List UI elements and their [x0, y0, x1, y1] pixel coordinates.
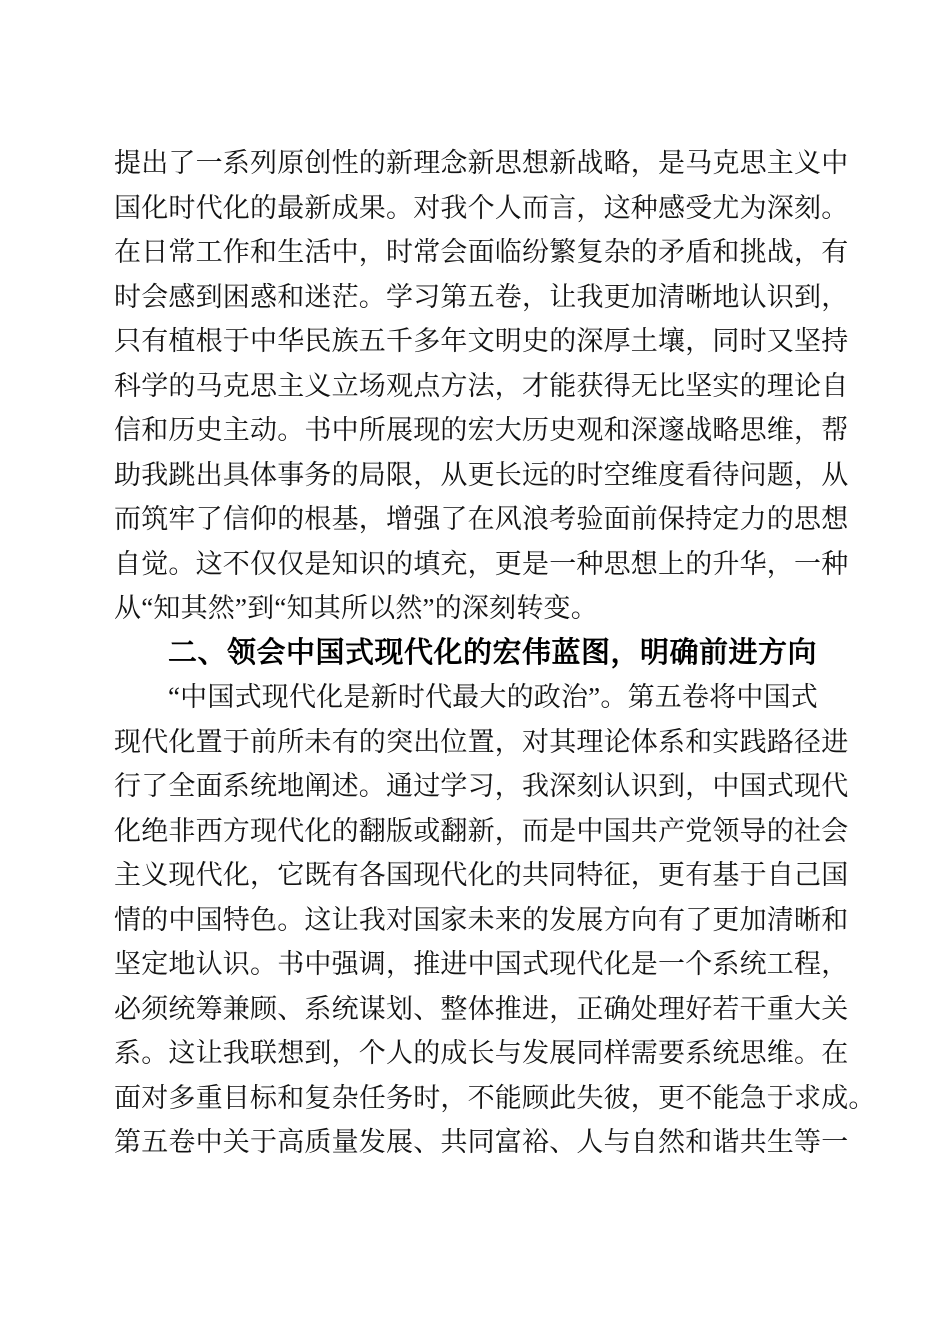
- text-line: 必须统筹兼顾、系统谋划、整体推进，正确处理好若干重大关: [114, 987, 854, 1032]
- document-page: 提出了一系列原创性的新理念新思想新战略，是马克思主义中国化时代化的最新成果。对我…: [0, 0, 950, 1344]
- text-line: 面对多重目标和复杂任务时，不能顾此失彼，更不能急于求成。: [114, 1076, 854, 1121]
- text-line: 坚定地认识。书中强调，推进中国式现代化是一个系统工程，: [114, 942, 854, 987]
- text-content: 提出了一系列原创性的新理念新思想新战略，是马克思主义中国化时代化的最新成果。对我…: [114, 141, 854, 1165]
- text-line: 化绝非西方现代化的翻版或翻新，而是中国共产党领导的社会: [114, 809, 854, 854]
- text-line: 行了全面系统地阐述。通过学习，我深刻认识到，中国式现代: [114, 764, 854, 809]
- text-line: 系。这让我联想到，个人的成长与发展同样需要系统思维。在: [114, 1031, 854, 1076]
- text-line: “中国式现代化是新时代最大的政治”。第五卷将中国式: [114, 675, 854, 720]
- text-line: 助我跳出具体事务的局限，从更长远的时空维度看待问题，从: [114, 453, 854, 498]
- text-line: 情的中国特色。这让我对国家未来的发展方向有了更加清晰和: [114, 898, 854, 943]
- text-line: 自觉。这不仅仅是知识的填充，更是一种思想上的升华，一种: [114, 542, 854, 587]
- text-line: 第五卷中关于高质量发展、共同富裕、人与自然和谐共生等一: [114, 1120, 854, 1165]
- text-line: 国化时代化的最新成果。对我个人而言，这种感受尤为深刻。: [114, 186, 854, 231]
- text-line: 在日常工作和生活中，时常会面临纷繁复杂的矛盾和挑战，有: [114, 230, 854, 275]
- paragraph: 提出了一系列原创性的新理念新思想新战略，是马克思主义中国化时代化的最新成果。对我…: [114, 141, 854, 631]
- text-line: 而筑牢了信仰的根基，增强了在风浪考验面前保持定力的思想: [114, 497, 854, 542]
- section-heading: 二、领会中国式现代化的宏伟蓝图，明确前进方向: [114, 631, 854, 676]
- text-line: 科学的马克思主义立场观点方法，才能获得无比坚实的理论自: [114, 364, 854, 409]
- text-line: 时会感到困惑和迷茫。学习第五卷，让我更加清晰地认识到，: [114, 275, 854, 320]
- paragraph: “中国式现代化是新时代最大的政治”。第五卷将中国式现代化置于前所未有的突出位置，…: [114, 675, 854, 1165]
- text-line: 现代化置于前所未有的突出位置，对其理论体系和实践路径进: [114, 720, 854, 765]
- text-line: 从“知其然”到“知其所以然”的深刻转变。: [114, 586, 854, 631]
- text-line: 信和历史主动。书中所展现的宏大历史观和深邃战略思维，帮: [114, 408, 854, 453]
- text-line: 提出了一系列原创性的新理念新思想新战略，是马克思主义中: [114, 141, 854, 186]
- text-line: 只有植根于中华民族五千多年文明史的深厚土壤，同时又坚持: [114, 319, 854, 364]
- text-line: 主义现代化，它既有各国现代化的共同特征，更有基于自己国: [114, 853, 854, 898]
